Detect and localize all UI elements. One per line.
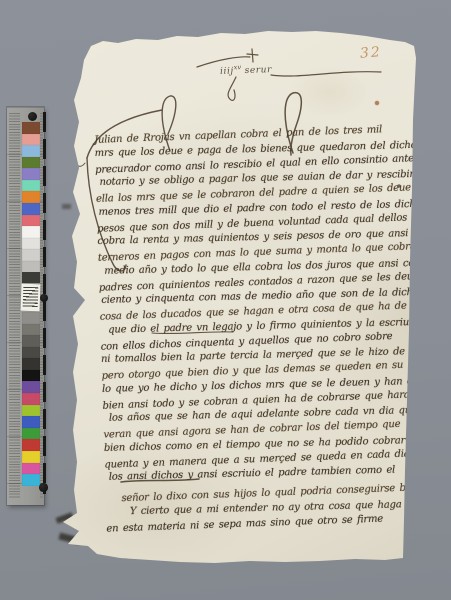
color-patch xyxy=(22,226,40,238)
color-patch xyxy=(22,312,40,324)
manuscript-page: 32 iiijxv serur Julian de Rrojas vn cape… xyxy=(0,0,451,600)
heading-numeral: iiij xyxy=(220,66,234,76)
barcode-icon xyxy=(23,287,39,309)
color-patch xyxy=(22,122,40,134)
color-patch xyxy=(22,157,40,169)
color-patch xyxy=(22,347,40,359)
color-patch xyxy=(22,191,40,203)
upper-color-patches xyxy=(22,122,40,273)
torn-edge-shadow xyxy=(62,204,71,209)
color-patch xyxy=(22,463,40,475)
strip-dark-block xyxy=(22,272,40,283)
color-patch xyxy=(22,451,40,463)
color-patch xyxy=(22,249,40,261)
color-patch xyxy=(22,238,40,250)
color-patch xyxy=(22,381,40,393)
cross-icon xyxy=(252,49,253,62)
color-patch xyxy=(22,370,40,382)
color-patch xyxy=(22,474,40,486)
color-patch xyxy=(22,261,40,273)
color-patch xyxy=(22,134,40,146)
color-patch xyxy=(22,335,40,347)
color-patch xyxy=(22,358,40,370)
margin-note-squiggle xyxy=(69,163,85,166)
color-patch xyxy=(22,439,40,451)
color-patch xyxy=(22,180,40,192)
color-patch xyxy=(22,145,40,157)
color-patch xyxy=(22,168,40,180)
heading-superscript: xv xyxy=(234,63,242,71)
color-patch xyxy=(22,324,40,336)
color-patch xyxy=(22,203,40,215)
heading-inscription: iiijxv serur xyxy=(220,63,272,77)
color-patch xyxy=(22,416,40,428)
color-patch xyxy=(22,405,40,417)
strip-barcode-label xyxy=(21,284,41,312)
strip-micro-text xyxy=(9,113,20,499)
cross-icon xyxy=(247,54,258,55)
heading-word: serur xyxy=(245,65,273,76)
color-calibration-strip xyxy=(7,107,44,505)
photograph-of-manuscript: 32 iiijxv serur Julian de Rrojas vn cape… xyxy=(0,0,451,600)
strip-dashed-rule xyxy=(43,112,46,494)
lower-color-patches xyxy=(22,312,40,486)
color-patch xyxy=(22,428,40,440)
color-patch xyxy=(22,215,40,227)
manuscript-text-block: Julian de Rrojas vn capellan cobra el pa… xyxy=(94,123,427,536)
heading-tail-stroke xyxy=(271,72,381,76)
registration-dot-icon xyxy=(28,112,37,121)
foxing-spot xyxy=(375,101,379,105)
color-patch xyxy=(22,393,40,405)
folio-number: 32 xyxy=(359,45,382,61)
heading-descender-stroke xyxy=(228,77,236,100)
